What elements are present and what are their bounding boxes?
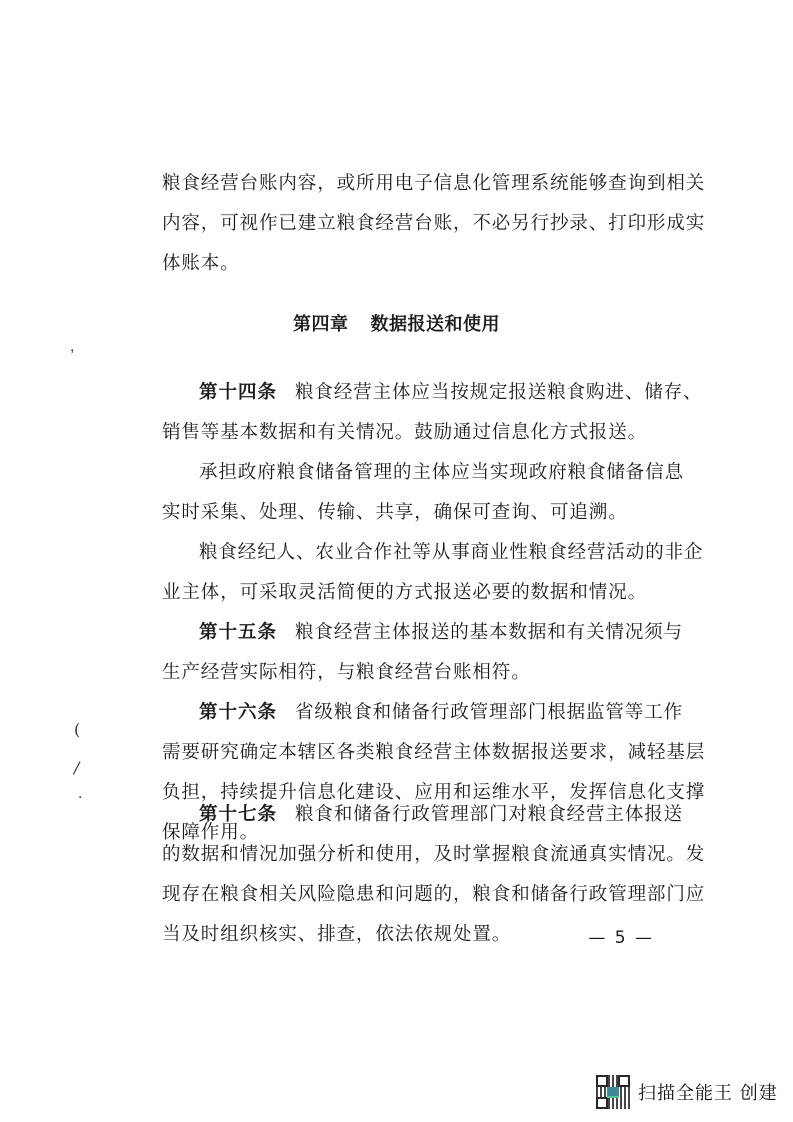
article-number: 第十四条 [199,382,277,403]
article-text: 粮食和储备行政管理部门对粮食经营主体报送 [295,804,683,825]
article-first-line: 第十七条粮食和储备行政管理部门对粮食经营主体报送 [162,795,650,835]
document-page: 粮食经营台账内容，或所用电子信息化管理系统能够查询到相关 内容，可视作已建立粮食… [0,0,793,1122]
chapter-heading: 第四章数据报送和使用 [0,310,793,336]
paragraph-first-line: 承担政府粮食储备管理的主体应当实现政府粮食储备信息 [162,453,650,493]
article-14: 第十四条粮食经营主体应当按规定报送粮食购进、储存、 销售等基本数据和有关情况。鼓… [162,373,650,613]
text-line: 需要研究确定本辖区各类粮食经营主体数据报送要求，减轻基层 [162,733,650,773]
margin-mark: · [78,790,82,806]
text-line: 业主体，可采取灵活简便的方式报送必要的数据和情况。 [162,573,650,613]
article-15: 第十五条粮食经营主体报送的基本数据和有关情况须与 生产经营实际相符，与粮食经营台… [162,613,650,693]
chapter-title: 数据报送和使用 [371,314,501,335]
article-number: 第十六条 [199,702,277,723]
page-number: — 5 — [560,928,654,948]
article-text: 粮食经营主体应当按规定报送粮食购进、储存、 [295,382,702,403]
paragraph-first-line: 粮食经纪人、农业合作社等从事商业性粮食经营活动的非企 [162,533,650,573]
margin-mark: ( [74,720,80,739]
text-line: 的数据和情况加强分析和使用，及时掌握粮食流通真实情况。发 [162,835,650,875]
article-number: 第十七条 [199,804,277,825]
text-line: 粮食经营台账内容，或所用电子信息化管理系统能够查询到相关 [162,164,650,204]
article-first-line: 第十六条省级粮食和储备行政管理部门根据监管等工作 [162,693,650,733]
chapter-number: 第四章 [293,314,349,335]
text-line: 生产经营实际相符，与粮食经营台账相符。 [162,653,650,693]
article-first-line: 第十四条粮食经营主体应当按规定报送粮食购进、储存、 [162,373,650,413]
article-first-line: 第十五条粮食经营主体报送的基本数据和有关情况须与 [162,613,650,653]
article-text: 省级粮食和储备行政管理部门根据监管等工作 [295,702,683,723]
scanner-watermark: 扫描全能王 创建 [596,1072,778,1112]
margin-mark: ， [70,336,84,356]
watermark-text: 扫描全能王 创建 [638,1079,778,1105]
text-line: 销售等基本数据和有关情况。鼓励通过信息化方式报送。 [162,413,650,453]
qr-code-icon [596,1075,630,1109]
text-line: 现存在粮食相关风险隐患和问题的，粮食和储备行政管理部门应 [162,875,650,915]
article-text: 粮食经营主体报送的基本数据和有关情况须与 [295,622,683,643]
article-number: 第十五条 [199,622,277,643]
text-line: 内容，可视作已建立粮食经营台账，不必另行抄录、打印形成实 [162,204,650,244]
text-line: 实时采集、处理、传输、共享，确保可查询、可追溯。 [162,493,650,533]
margin-mark: / [74,758,79,777]
continuation-paragraph: 粮食经营台账内容，或所用电子信息化管理系统能够查询到相关 内容，可视作已建立粮食… [162,164,650,284]
text-line: 体账本。 [162,244,650,284]
